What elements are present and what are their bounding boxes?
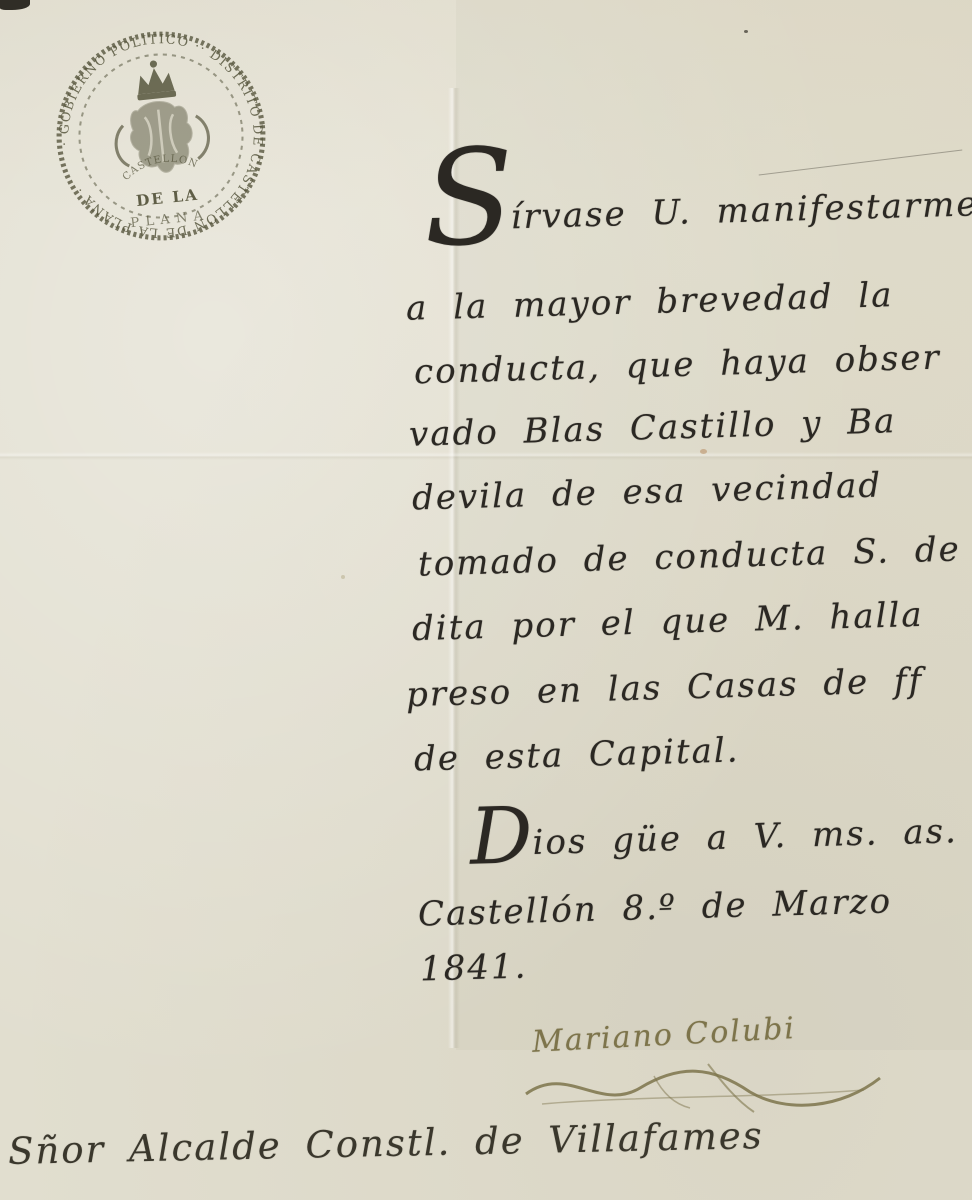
crown-icon [134,58,176,100]
valediction-initial: D [470,836,535,838]
seal-text-de-la: DE LA [135,186,200,210]
signature-rubric-icon [512,1052,902,1124]
manuscript-page: · GOBIERNO POLITICO ·· DISTRITO DE CASTE… [0,0,972,1200]
ink-speck [341,575,345,579]
rust-stain [700,449,707,454]
corner-ink-mark [0,0,30,10]
addressee-line: Sñor Alcalde Constl. de Villafames [8,1114,764,1173]
horizontal-fold-crease [0,452,972,460]
opening-initial: S [424,197,516,200]
official-seal: · GOBIERNO POLITICO ·· DISTRITO DE CASTE… [42,17,279,254]
manuscript-line-year: 1841. [419,947,527,990]
ink-speck [744,30,748,33]
